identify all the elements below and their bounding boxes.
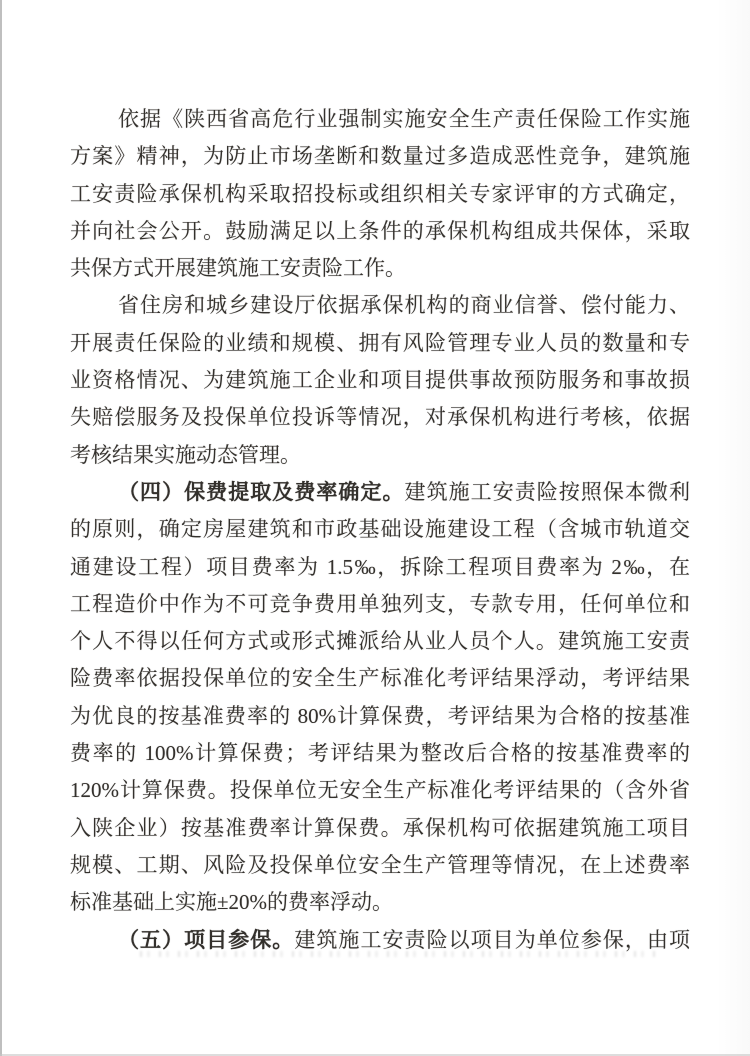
- text-line: 业资格情况、为建筑施工企业和项目提供事故预防服务和事故损: [70, 362, 690, 399]
- paragraph-insurer-selection: 依据《陕西省高危行业强制实施安全生产责任保险工作实施 方案》精神，为防止市场垄断…: [70, 101, 690, 287]
- text-line: 工程造价中作为不可竞争费用单独列支，专款专用，任何单位和: [70, 586, 690, 623]
- text-line: 方案》精神，为防止市场垄断和数量过多造成恶性竞争，建筑施: [70, 138, 690, 175]
- clause-4-first-line-rest: 建筑施工安责险按照保本微利: [405, 480, 690, 504]
- clause-4-heading: （四）保费提取及费率确定。: [118, 480, 405, 504]
- scanned-document-page: 依据《陕西省高危行业强制实施安全生产责任保险工作实施 方案》精神，为防止市场垄断…: [0, 0, 750, 1056]
- paragraph-premium-rate: （四）保费提取及费率确定。建筑施工安责险按照保本微利 的原则，确定房屋建筑和市政…: [70, 474, 690, 922]
- text-line: 入陕企业）按基准费率计算保费。承保机构可依据建筑施工项目: [70, 810, 690, 847]
- text-line: 共保方式开展建筑施工安责险工作。: [70, 250, 690, 287]
- text-line: 险费率依据投保单位的安全生产标准化考评结果浮动，考评结果: [70, 660, 690, 697]
- text-line: 工安责险承保机构采取招投标或组织相关专家评审的方式确定，: [70, 176, 690, 213]
- document-text-block: 依据《陕西省高危行业强制实施安全生产责任保险工作实施 方案》精神，为防止市场垄断…: [70, 101, 690, 959]
- text-line: 规模、工期、风险及投保单位安全生产管理等情况，在上述费率: [70, 847, 690, 884]
- text-line: 省住房和城乡建设厅依据承保机构的商业信誉、偿付能力、: [70, 287, 690, 324]
- paragraph-project-enrollment: （五）项目参保。建筑施工安责险以项目为单位参保，由项: [70, 922, 690, 959]
- text-line: （四）保费提取及费率确定。建筑施工安责险按照保本微利: [70, 474, 690, 511]
- text-line: 个人不得以任何方式或形式摊派给从业人员个人。建筑施工安责: [70, 623, 690, 660]
- scan-left-edge-line: [0, 0, 2, 1056]
- text-line: 依据《陕西省高危行业强制实施安全生产责任保险工作实施: [70, 101, 690, 138]
- text-line: 120%计算保费。投保单位无安全生产标准化考评结果的（含外省: [70, 772, 690, 809]
- text-line: 开展责任保险的业绩和规模、拥有风险管理专业人员的数量和专: [70, 325, 690, 362]
- text-line: 费率的 100%计算保费；考评结果为整改后合格的按基准费率的: [70, 735, 690, 772]
- text-line: 通建设工程）项目费率为 1.5‰，拆除工程项目费率为 2‰，在: [70, 549, 690, 586]
- text-line: 并向社会公开。鼓励满足以上条件的承保机构组成共保体，采取: [70, 213, 690, 250]
- text-line: 考核结果实施动态管理。: [70, 437, 690, 474]
- text-line: （五）项目参保。建筑施工安责险以项目为单位参保，由项: [70, 922, 690, 959]
- clause-5-heading: （五）项目参保。: [118, 928, 294, 952]
- paragraph-insurer-assessment: 省住房和城乡建设厅依据承保机构的商业信誉、偿付能力、 开展责任保险的业绩和规模、…: [70, 287, 690, 473]
- clause-5-first-line-rest: 建筑施工安责险以项目为单位参保，由项: [294, 928, 690, 952]
- scan-right-shading: [716, 0, 750, 1056]
- text-line: 标准基础上实施±20%的费率浮动。: [70, 884, 690, 921]
- text-line: 的原则，确定房屋建筑和市政基础设施建设工程（含城市轨道交: [70, 511, 690, 548]
- text-line: 失赔偿服务及投保单位投诉等情况，对承保机构进行考核，依据: [70, 399, 690, 436]
- text-line: 为优良的按基准费率的 80%计算保费，考评结果为合格的按基准: [70, 698, 690, 735]
